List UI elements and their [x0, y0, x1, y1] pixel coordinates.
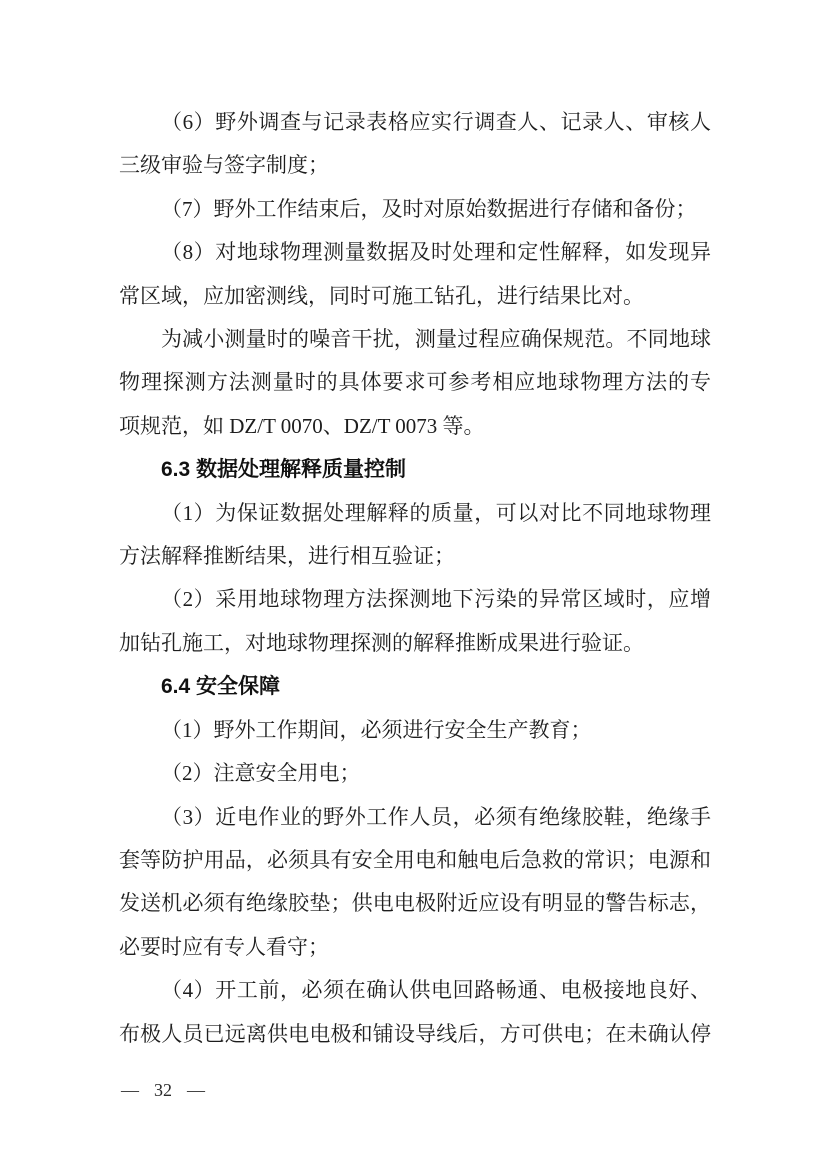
text-line: （1）为保证数据处理解释的质量，可以对比不同地球物理: [119, 492, 711, 535]
text-line: 布极人员已远离供电电极和铺设导线后，方可供电；在未确认停: [119, 1013, 711, 1056]
section-heading: 6.4 安全保障: [119, 665, 711, 708]
text-line: 常区域，应加密测线，同时可施工钻孔，进行结果比对。: [119, 275, 711, 318]
text-line: （2）采用地球物理方法探测地下污染的异常区域时，应增: [119, 578, 711, 621]
text-line: （7）野外工作结束后，及时对原始数据进行存储和备份；: [119, 188, 711, 231]
paragraph: （8）对地球物理测量数据及时处理和定性解释，如发现异常区域，应加密测线，同时可施…: [119, 231, 711, 318]
paragraph: 为减小测量时的噪音干扰，测量过程应确保规范。不同地球物理探测方法测量时的具体要求…: [119, 318, 711, 448]
footer-dash-right: —: [187, 1080, 205, 1101]
paragraph: （4）开工前，必须在确认供电回路畅通、电极接地良好、布极人员已远离供电电极和铺设…: [119, 969, 711, 1056]
text-line: （3）近电作业的野外工作人员，必须有绝缘胶鞋，绝缘手: [119, 796, 711, 839]
text-line: 加钻孔施工，对地球物理探测的解释推断成果进行验证。: [119, 622, 711, 665]
text-line: 套等防护用品，必须具有安全用电和触电后急救的常识；电源和: [119, 839, 711, 882]
text-line: 项规范，如 DZ/T 0070、DZ/T 0073 等。: [119, 405, 711, 448]
text-line: 为减小测量时的噪音干扰，测量过程应确保规范。不同地球: [119, 318, 711, 361]
paragraph: （1）野外工作期间，必须进行安全生产教育；: [119, 709, 711, 752]
paragraph: （6）野外调查与记录表格应实行调查人、记录人、审核人三级审验与签字制度；: [119, 101, 711, 188]
paragraph: （1）为保证数据处理解释的质量，可以对比不同地球物理方法解释推断结果，进行相互验…: [119, 492, 711, 579]
text-line: （1）野外工作期间，必须进行安全生产教育；: [119, 709, 711, 752]
text-line: 方法解释推断结果，进行相互验证；: [119, 535, 711, 578]
paragraph: （2）采用地球物理方法探测地下污染的异常区域时，应增加钻孔施工，对地球物理探测的…: [119, 578, 711, 665]
paragraph: （2）注意安全用电；: [119, 752, 711, 795]
text-line: 发送机必须有绝缘胶垫；供电电极附近应设有明显的警告标志，: [119, 882, 711, 925]
text-line: （8）对地球物理测量数据及时处理和定性解释，如发现异: [119, 231, 711, 274]
section-heading: 6.3 数据处理解释质量控制: [119, 448, 711, 491]
page-footer: — 32 —: [121, 1080, 205, 1101]
paragraph: （3）近电作业的野外工作人员，必须有绝缘胶鞋，绝缘手套等防护用品，必须具有安全用…: [119, 796, 711, 970]
text-line: （6）野外调查与记录表格应实行调查人、记录人、审核人: [119, 101, 711, 144]
text-line: 物理探测方法测量时的具体要求可参考相应地球物理方法的专: [119, 361, 711, 404]
text-line: 必要时应有专人看守；: [119, 926, 711, 969]
page-content: （6）野外调查与记录表格应实行调查人、记录人、审核人三级审验与签字制度；（7）野…: [119, 101, 711, 1056]
text-line: 三级审验与签字制度；: [119, 144, 711, 187]
document-page: （6）野外调查与记录表格应实行调查人、记录人、审核人三级审验与签字制度；（7）野…: [0, 0, 826, 1169]
paragraph: （7）野外工作结束后，及时对原始数据进行存储和备份；: [119, 188, 711, 231]
text-line: （2）注意安全用电；: [119, 752, 711, 795]
page-number: 32: [154, 1080, 172, 1101]
footer-dash-left: —: [121, 1080, 139, 1101]
text-line: （4）开工前，必须在确认供电回路畅通、电极接地良好、: [119, 969, 711, 1012]
